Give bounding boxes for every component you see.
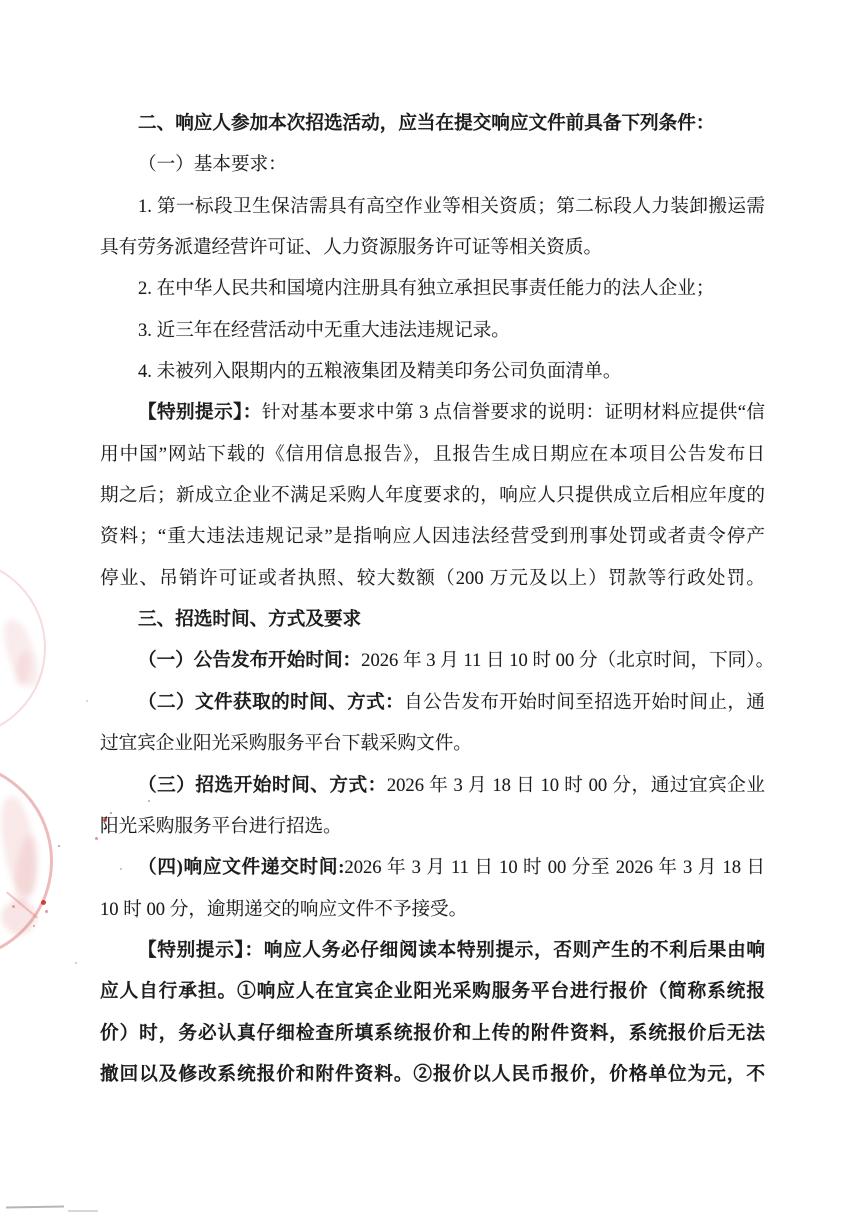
text-line: 【特别提示】：响应人务必仔细阅读本特别提示，否则产生的不利后果由响 — [100, 930, 765, 971]
text-line: （一）公告发布开始时间：2026 年 3 月 11 日 10 时 00 分（北京… — [100, 640, 765, 681]
text-segment: 3. 近三年在经营活动中无重大违法违规记录。 — [138, 320, 510, 341]
text-segment: 阳光采购服务平台进行招选。 — [100, 816, 342, 837]
text-segment: 2026 年 3 月 18 日 10 时 00 分，通过宜宾企业 — [387, 775, 765, 796]
text-segment: 应人自行承担。①响应人在宜宾企业阳光采购服务平台进行报价（简称系统报 — [100, 981, 765, 1002]
text-segment: （四)响应文件递交时间: — [138, 857, 344, 878]
text-segment: 响应人务必仔细阅读本特别提示，否则产生的不利后果由响 — [264, 940, 765, 961]
scan-streak — [6, 1205, 64, 1208]
seal-ink-smudge — [0, 794, 42, 898]
text-segment: 停业、吊销许可证或者执照、较大数额（200 万元及以上）罚款等行政处罚。 — [100, 568, 765, 589]
seal-ink-smudge — [0, 616, 44, 691]
text-line: 3. 近三年在经营活动中无重大违法违规记录。 — [100, 310, 765, 351]
text-segment: 【特别提示】： — [138, 402, 262, 423]
text-line: （二）文件获取的时间、方式：自公告发布开始时间至招选开始时间止，通 — [100, 682, 765, 723]
text-segment: （三）招选开始时间、方式： — [138, 775, 387, 796]
text-line: （三）招选开始时间、方式：2026 年 3 月 18 日 10 时 00 分，通… — [100, 765, 765, 806]
text-segment: 三、招选时间、方式及要求 — [138, 609, 361, 630]
text-line: 【特别提示】：针对基本要求中第 3 点信誉要求的说明：证明材料应提供“信 — [100, 392, 765, 433]
scan-speck — [33, 925, 35, 927]
text-line: 用中国”网站下载的《信用信息报告》，且报告生成日期应在本项目公告发布日 — [100, 434, 765, 475]
scan-speck — [41, 900, 46, 905]
red-seal-fragment — [0, 558, 46, 738]
text-line: 应人自行承担。①响应人在宜宾企业阳光采购服务平台进行报价（简称系统报 — [100, 971, 765, 1012]
red-seal-fragment — [0, 761, 53, 961]
text-segment: 具有劳务派遣经营许可证、人力资源服务许可证等相关资质。 — [100, 237, 602, 258]
scan-speck — [75, 962, 77, 964]
text-segment: 【特别提示】： — [138, 940, 264, 961]
scan-speck — [95, 837, 98, 840]
scan-speck — [86, 700, 88, 702]
text-segment: 资料；“重大违法违规记录”是指响应人因违法经营受到刑事处罚或者责令停产 — [100, 526, 765, 547]
text-line: （一）基本要求： — [100, 144, 765, 185]
text-segment: 10 时 00 分，逾期递交的响应文件不予接受。 — [100, 899, 467, 920]
text-segment: 期之后；新成立企业不满足采购人年度要求的，响应人只提供成立后相应年度的 — [100, 485, 765, 506]
text-segment: 2. 在中华人民共和国境内注册具有独立承担民事责任能力的法人企业； — [138, 278, 714, 299]
text-segment: 过宜宾企业阳光采购服务平台下载采购文件。 — [100, 733, 472, 754]
seal-ink-smudge — [0, 893, 43, 941]
text-segment: （一）基本要求： — [138, 154, 287, 175]
text-line: （四)响应文件递交时间:2026 年 3 月 11 日 10 时 00 分至 2… — [100, 847, 765, 888]
text-line: 三、招选时间、方式及要求 — [100, 599, 765, 640]
seal-ink-smudge — [13, 651, 33, 687]
scan-speck — [58, 845, 60, 847]
text-segment: 2026 年 3 月 11 日 10 时 00 分（北京时间，下同）。 — [361, 650, 774, 671]
scan-speck — [45, 910, 48, 913]
scanned-document-page: 二、响应人参加本次招选活动，应当在提交响应文件前具备下列条件：（一）基本要求：1… — [0, 0, 860, 1216]
text-line: 2. 在中华人民共和国境内注册具有独立承担民事责任能力的法人企业； — [100, 268, 765, 309]
text-segment: （一）公告发布开始时间： — [138, 650, 361, 671]
text-line: 10 时 00 分，逾期递交的响应文件不予接受。 — [100, 889, 765, 930]
text-line: 4. 未被列入限期内的五粮液集团及精美印务公司负面清单。 — [100, 351, 765, 392]
text-segment: 价）时，务必认真仔细检查所填系统报价和上传的附件资料，系统报价后无法 — [100, 1023, 765, 1044]
text-line: 价）时，务必认真仔细检查所填系统报价和上传的附件资料，系统报价后无法 — [100, 1013, 765, 1054]
text-line: 停业、吊销许可证或者执照、较大数额（200 万元及以上）罚款等行政处罚。 — [100, 558, 765, 599]
text-segment: 4. 未被列入限期内的五粮液集团及精美印务公司负面清单。 — [138, 361, 621, 382]
scan-speck — [12, 905, 15, 908]
scan-streak — [68, 1210, 98, 1212]
text-line: 撤回以及修改系统报价和附件资料。②报价以人民币报价，价格单位为元，不 — [100, 1054, 765, 1095]
seal-ink-smudge — [11, 835, 41, 907]
text-line: 期之后；新成立企业不满足采购人年度要求的，响应人只提供成立后相应年度的 — [100, 475, 765, 516]
text-line: 资料；“重大违法违规记录”是指响应人因违法经营受到刑事处罚或者责令停产 — [100, 516, 765, 557]
text-segment: 用中国”网站下载的《信用信息报告》，且报告生成日期应在本项目公告发布日 — [100, 444, 765, 465]
text-segment: 自公告发布开始时间至招选开始时间止，通 — [404, 692, 765, 713]
text-line: 1. 第一标段卫生保洁需具有高空作业等相关资质；第二标段人力装卸搬运需 — [100, 186, 765, 227]
scan-streak — [6, 891, 38, 918]
text-line: 阳光采购服务平台进行招选。 — [100, 806, 765, 847]
text-segment: （二）文件获取的时间、方式： — [138, 692, 404, 713]
text-line: 具有劳务派遣经营许可证、人力资源服务许可证等相关资质。 — [100, 227, 765, 268]
text-segment: 撤回以及修改系统报价和附件资料。②报价以人民币报价，价格单位为元，不 — [100, 1064, 765, 1085]
text-segment: 针对基本要求中第 3 点信誉要求的说明：证明材料应提供“信 — [262, 402, 765, 423]
text-segment: 二、响应人参加本次招选活动，应当在提交响应文件前具备下列条件： — [138, 113, 714, 134]
document-text: 二、响应人参加本次招选活动，应当在提交响应文件前具备下列条件：（一）基本要求：1… — [100, 103, 765, 1095]
text-line: 过宜宾企业阳光采购服务平台下载采购文件。 — [100, 723, 765, 764]
text-segment: 2026 年 3 月 11 日 10 时 00 分至 2026 年 3 月 18… — [344, 857, 765, 878]
text-segment: 1. 第一标段卫生保洁需具有高空作业等相关资质；第二标段人力装卸搬运需 — [138, 196, 765, 217]
text-line: 二、响应人参加本次招选活动，应当在提交响应文件前具备下列条件： — [100, 103, 765, 144]
